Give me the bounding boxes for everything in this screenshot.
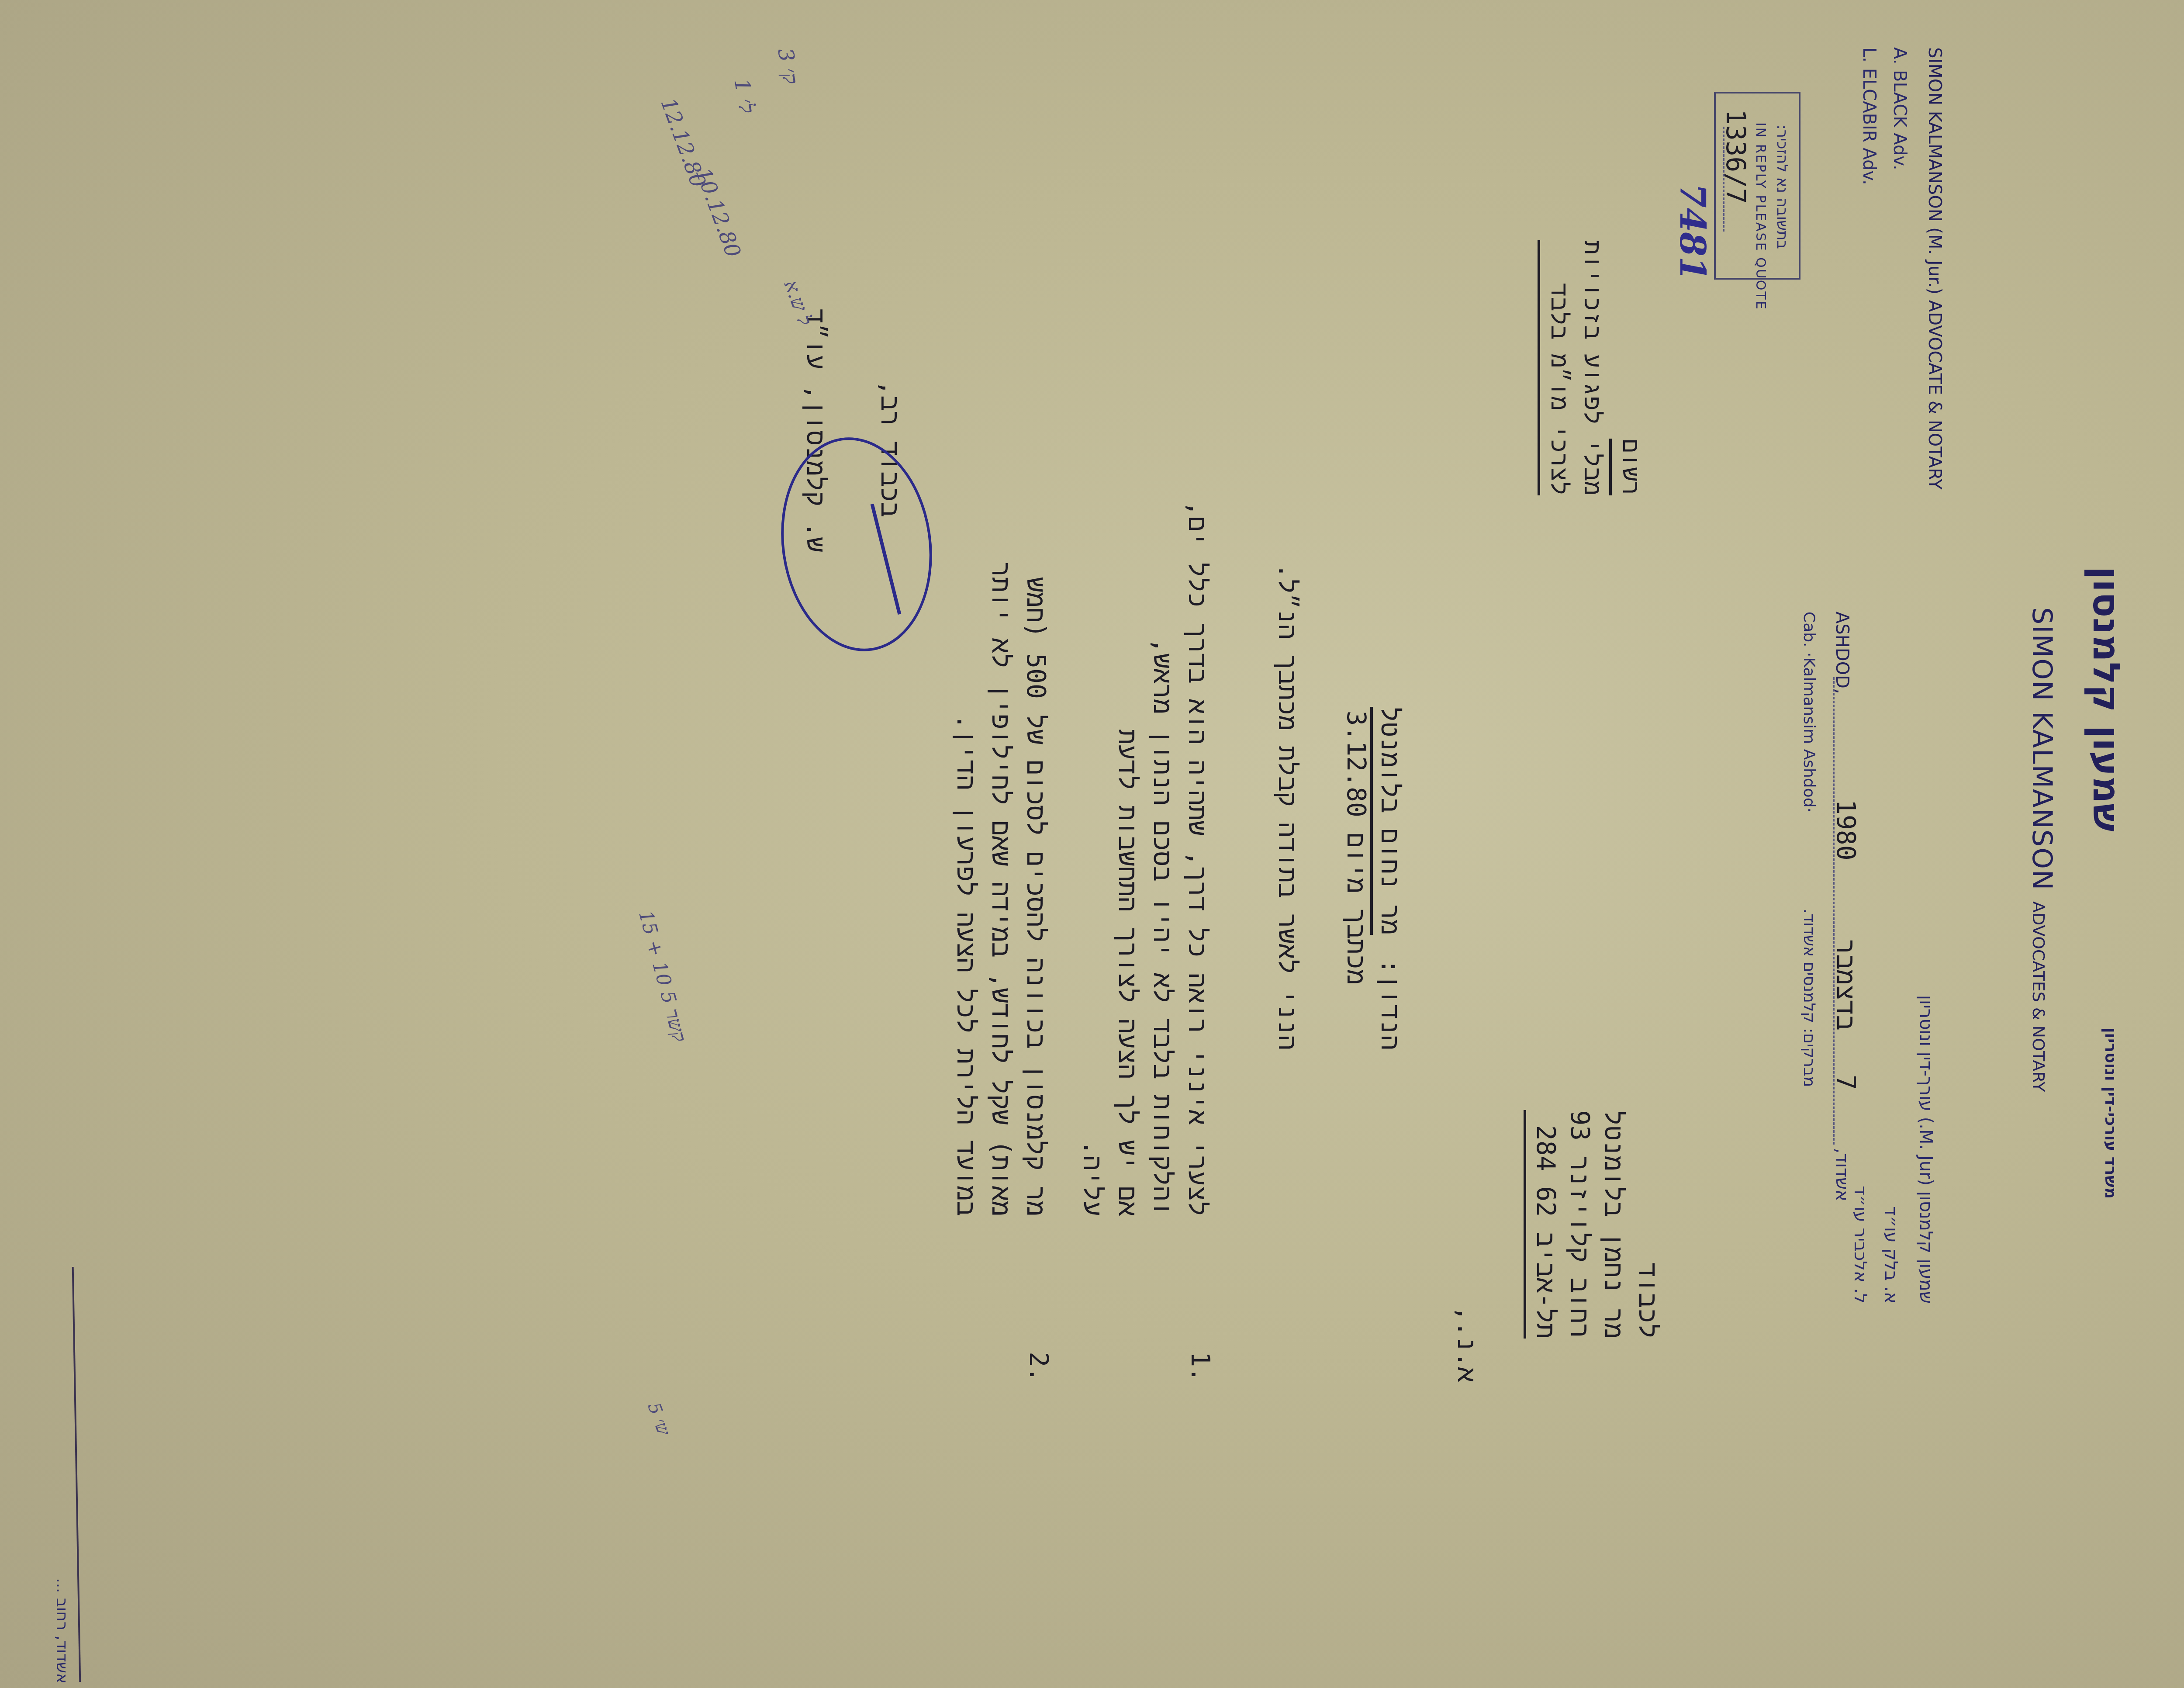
- subject-block: הנדון: מר נחום בלומנטל מכתבך מיום 3.12.8…: [1339, 707, 1407, 1050]
- recipient-block: לכבוד מר נחמן בלומנטל רחוב קלויזנר 93 תל…: [1524, 1110, 1665, 1339]
- para-1-number: .1: [1185, 1352, 1215, 1382]
- hebrew-firm-prefix: משרד עורכי-דין ונוטריון: [2101, 1027, 2119, 1199]
- reply-label-he: בתשובה נא להזכיר:: [1773, 125, 1791, 249]
- city-label-he: אשדוד,: [1832, 1148, 1852, 1201]
- date-line: ASHDOD, 1980 בדצמבר 7 אשדוד,: [1827, 612, 1857, 1201]
- partner-black: A. BLACK Adv.: [1890, 47, 1910, 170]
- signature-scribble: [767, 428, 945, 661]
- date-year: 1980: [1831, 799, 1861, 861]
- registered-note: רשום מבלי לפגוע בזכויות לצרכי מו״מ בלבד: [1538, 240, 1648, 495]
- recipient-street: רחוב קלויזנר 93: [1563, 1110, 1597, 1339]
- english-firm-sub: ADVOCATES & NOTARY: [2029, 901, 2048, 1092]
- handwritten-margin-note: 15 + 10 קשר 5: [634, 908, 691, 1045]
- right-hebrew-title: שמעון קלמנסון (M. Jur.) עורך-דין ונוטריו…: [1916, 995, 1936, 1304]
- salutation: א.נ.,: [1450, 1306, 1482, 1382]
- negotiation-line: לצרכי מו״מ בלבד: [1538, 240, 1576, 495]
- para-2-line: מר קלמנסון בכוונה להסכים לסכום של 500 (ח…: [1019, 562, 1054, 1216]
- date-month: בדצמבר: [1829, 939, 1861, 1031]
- footer-address: אשדוד, רחוב ...: [53, 1578, 71, 1684]
- photo-background: משרד עורכי-דין ונוטריון שמעון קלמנסון SI…: [0, 0, 2184, 1688]
- reply-label-en: IN REPLY PLEASE QUOTE: [1753, 122, 1768, 311]
- reply-reference: 1336/7: [1720, 109, 1751, 204]
- hebrew-firm-name: שמעון קלמנסון: [2084, 566, 2128, 832]
- para-2-number: .2: [1024, 1352, 1054, 1382]
- body-intro: הנני לאשר בתודה קבלת מכתבך הנ״ל.: [1271, 564, 1303, 1050]
- para-2-line: מאות) שקל לחודש, במידה שאם לחילופין לא י…: [984, 562, 1019, 1216]
- handwritten-date-2: 12.12.80: [656, 95, 711, 191]
- paragraph-2: מר קלמנסון בכוונה להסכים לסכום של 500 (ח…: [949, 562, 1054, 1216]
- recipient-name: מר נחמן בלומנטל: [1597, 1110, 1631, 1339]
- pencil-note-2: 5 ש׳: [643, 1400, 674, 1438]
- para-1-line: עליה.: [1075, 501, 1110, 1216]
- paragraph-1: לצערי אינני רואה כל דרך, שתהיה הוא בדרך …: [1075, 501, 1215, 1216]
- subject-line-2: מכתבך מיום 3.12.80: [1339, 707, 1373, 985]
- box-left-edge: [1714, 92, 1800, 93]
- reply-quote-box: בתשובה נא להזכיר: IN REPLY PLEASE QUOTE …: [1714, 92, 1800, 280]
- para-1-line: והלקוחות בלבד לא יהיו בסכם הנתון מראש,: [1145, 501, 1180, 1216]
- cable-address-he: מברקים: קלמנסים אשדוד.: [1800, 909, 1818, 1087]
- handwritten-ref-number: 7481: [1672, 183, 1713, 281]
- partner-elcabir: L. ELCABIR Adv.: [1859, 47, 1879, 185]
- letter-page: משרד עורכי-דין ונוטריון שמעון קלמנסון SI…: [0, 0, 2184, 1688]
- left-english-title: SIMON KALMANSON (M. Jur.) ADVOCATE & NOT…: [1925, 47, 1945, 490]
- english-firm-name: SIMON KALMANSON: [2026, 607, 2058, 891]
- without-prejudice-line: מבלי לפגוע בזכויות: [1576, 240, 1609, 495]
- partner-elcabir-he: ל. אלכביר עו״ד: [1850, 1186, 1870, 1304]
- city-label-en: ASHDOD,: [1832, 612, 1852, 694]
- para-1-line: לצערי אינני רואה כל דרך, שתהיה הוא בדרך …: [1180, 501, 1215, 1216]
- pencil-note-1: ל ש.א: [779, 277, 816, 328]
- para-2-line: במועד הלירת לכל הצעה לפרעון הדין.: [949, 562, 984, 1216]
- reply-dotted-line: [1723, 127, 1724, 232]
- subject-label: הנדון:: [1375, 959, 1405, 1050]
- cable-address-en: Cab. ·Kalmansim Ashdod·: [1800, 612, 1818, 813]
- handwritten-mark-1: ק׳ 3: [773, 46, 803, 86]
- footer-rule: [72, 1267, 81, 1682]
- registered-label: רשום: [1609, 439, 1648, 495]
- handwritten-mark-2: ל׳ 1: [729, 77, 760, 115]
- subject-line-1: מר נחום בלומנטל: [1370, 707, 1405, 935]
- partner-black-he: א. בלק עו״ד: [1881, 1206, 1901, 1304]
- para-1-line: אם יש לך הצעה לצורך התחשבות לדעת: [1110, 501, 1145, 1216]
- recipient-to: לכבוד: [1631, 1110, 1665, 1339]
- date-day: 7: [1831, 1075, 1861, 1090]
- recipient-city: תל-אביב 62 284: [1524, 1110, 1563, 1339]
- english-firm-heading: SIMON KALMANSON ADVOCATES & NOTARY: [2026, 607, 2058, 1092]
